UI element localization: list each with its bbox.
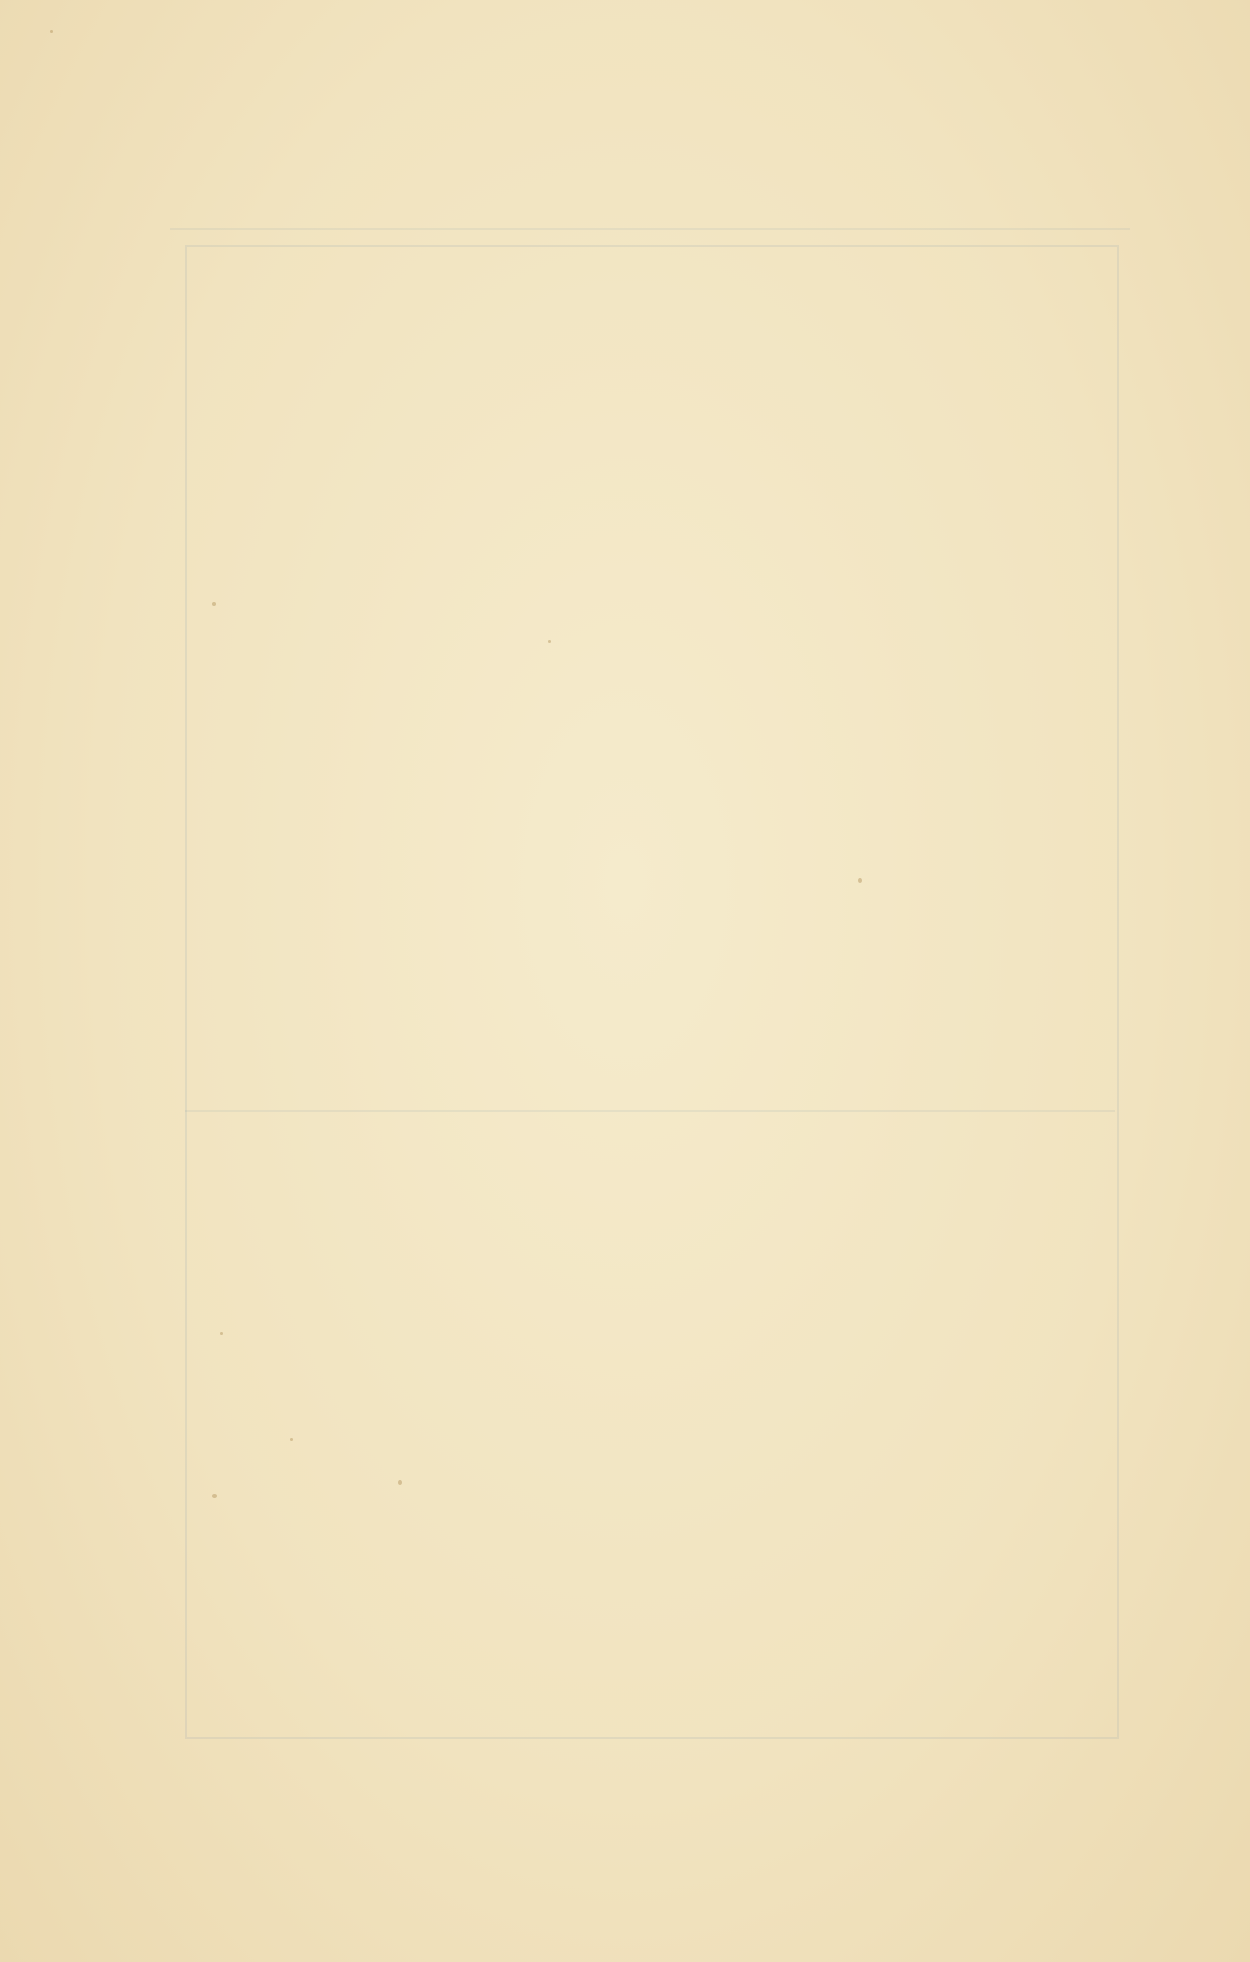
paper-speck — [50, 30, 53, 33]
blank-paper-page — [0, 0, 1250, 1962]
show-through-rule — [170, 228, 1130, 230]
show-through-table-frame — [185, 245, 1119, 1739]
paper-speck — [290, 1438, 293, 1441]
paper-speck — [212, 602, 216, 606]
paper-speck — [220, 1332, 223, 1335]
show-through-divider — [185, 1110, 1115, 1112]
paper-speck — [398, 1480, 402, 1485]
paper-speck — [858, 878, 862, 883]
paper-speck — [212, 1494, 217, 1498]
paper-speck — [548, 640, 551, 643]
